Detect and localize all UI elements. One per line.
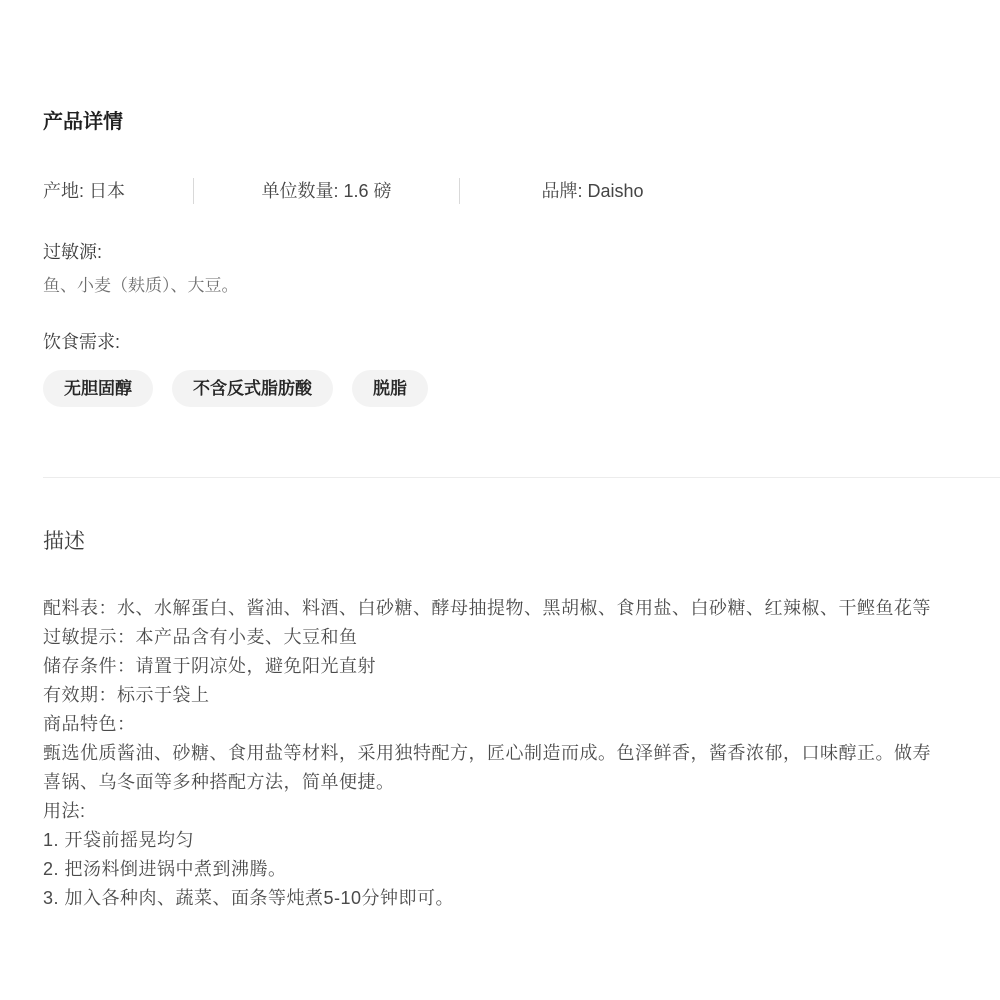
- product-attributes-row: 产地: 日本 单位数量: 1.6 磅 品牌: Daisho: [43, 177, 1000, 205]
- dietary-tag-no-trans-fat[interactable]: 不含反式脂肪酸: [172, 370, 333, 407]
- section-divider: [43, 477, 1000, 478]
- attribute-brand: 品牌: Daisho: [460, 177, 725, 205]
- product-details-page: 产品详情 产地: 日本 单位数量: 1.6 磅 品牌: Daisho 过敏源: …: [0, 0, 1000, 1000]
- dietary-tags-row: 无胆固醇 不含反式脂肪酸 脱脂: [43, 370, 1000, 407]
- dietary-needs-label: 饮食需求:: [43, 330, 1000, 354]
- attribute-origin: 产地: 日本: [43, 177, 193, 205]
- allergen-label: 过敏源:: [43, 240, 1000, 264]
- attribute-unit-quantity: 单位数量: 1.6 磅: [194, 177, 459, 205]
- description-heading: 描述: [43, 527, 1000, 557]
- allergen-value: 鱼、小麦（麸质）、大豆。: [43, 275, 1000, 297]
- page-title: 产品详情: [43, 107, 1000, 137]
- description-text: 配料表：水、水解蛋白、酱油、料酒、白砂糖、酵母抽提物、黑胡椒、食用盐、白砂糖、红…: [43, 594, 938, 913]
- dietary-tag-fat-free[interactable]: 脱脂: [352, 370, 428, 407]
- dietary-tag-no-cholesterol[interactable]: 无胆固醇: [43, 370, 153, 407]
